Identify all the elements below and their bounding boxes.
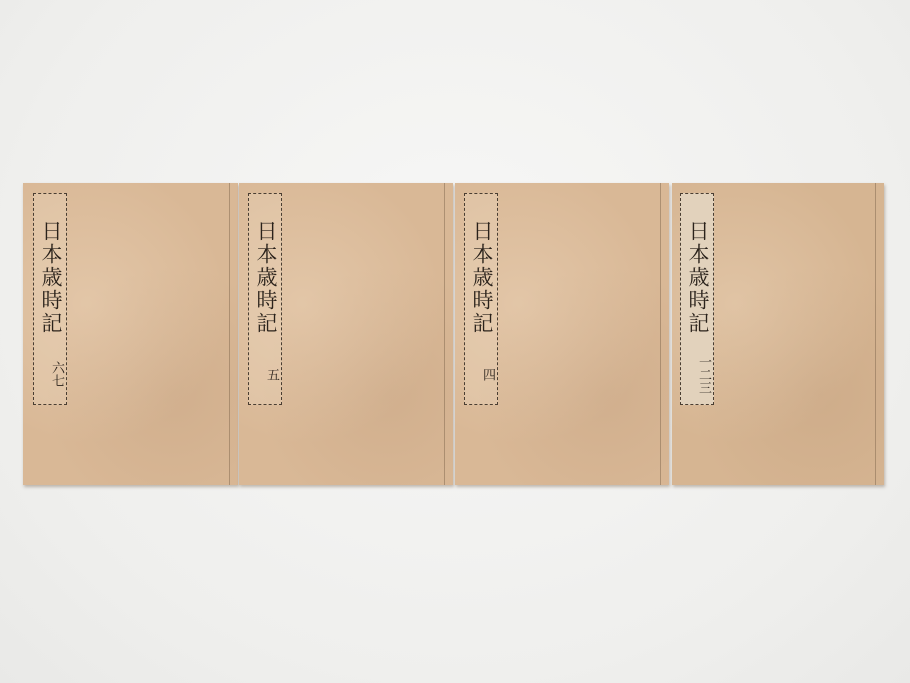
title-label: 日本歳時記 六七	[33, 193, 67, 405]
book-volume-6-7: 日本歳時記 六七	[23, 183, 238, 485]
binding-edge	[444, 183, 445, 485]
book-title: 日本歳時記	[681, 202, 713, 352]
binding-edge	[875, 183, 876, 485]
binding-edge	[229, 183, 230, 485]
book-title: 日本歳時記	[465, 202, 497, 352]
title-label: 日本歳時記 五	[248, 193, 282, 405]
volume-number: 五	[249, 354, 281, 394]
book-title: 日本歳時記	[249, 202, 281, 352]
book-title: 日本歳時記	[34, 202, 66, 352]
book-volume-4: 日本歳時記 四	[455, 183, 669, 485]
book-volume-5: 日本歳時記 五	[239, 183, 453, 485]
book-volume-1-2-3: 日本歳時記 一二三	[672, 183, 884, 485]
title-label: 日本歳時記 一二三	[680, 193, 714, 405]
volume-number: 六七	[34, 354, 66, 394]
binding-edge	[660, 183, 661, 485]
title-label: 日本歳時記 四	[464, 193, 498, 405]
volume-number: 四	[465, 354, 497, 394]
volume-number: 一二三	[681, 354, 713, 394]
